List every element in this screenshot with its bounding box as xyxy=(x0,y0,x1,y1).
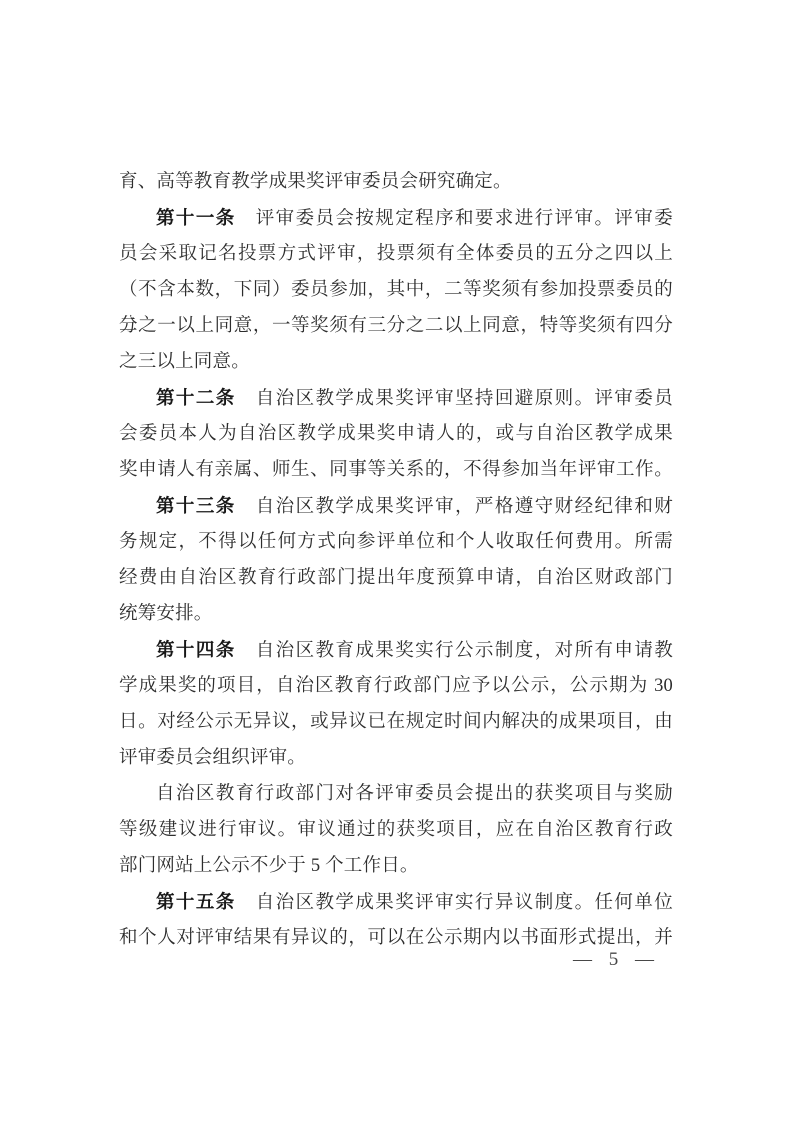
text-line: 分之一以上同意，一等奖须有三分之二以上同意，特等奖须有四分 xyxy=(119,308,673,344)
line-text: 统筹安排。 xyxy=(119,604,213,624)
text-line: 第十五条自治区教学成果奖评审实行异议制度。任何单位 xyxy=(119,884,673,920)
article-number: 第十二条 xyxy=(156,387,236,408)
text-line: 学成果奖的项目，自治区教育行政部门应予以公示，公示期为 30 xyxy=(119,668,673,704)
text-line: 奖申请人有亲属、师生、同事等关系的，不得参加当年评审工作。 xyxy=(119,452,673,488)
line-text: 员会采取记名投票方式评审，投票须有全体委员的五分之四以上 xyxy=(119,244,673,264)
text-line: 统筹安排。 xyxy=(119,596,673,632)
line-text: 学成果奖的项目，自治区教育行政部门应予以公示，公示期为 30 xyxy=(119,676,673,696)
line-text: 等级建议进行审议。审议通过的获奖项目，应在自治区教育行政 xyxy=(119,820,673,840)
text-line: 会委员本人为自治区教学成果奖申请人的，或与自治区教学成果 xyxy=(119,416,673,452)
line-text: 评审委员会按规定程序和要求进行评审。评审委 xyxy=(256,209,673,229)
line-text: 会委员本人为自治区教学成果奖申请人的，或与自治区教学成果 xyxy=(119,424,673,444)
document-body: 育、高等教育教学成果奖评审委员会研究确定。第十一条评审委员会按规定程序和要求进行… xyxy=(119,164,673,956)
text-line: 经费由自治区教育行政部门提出年度预算申请，自治区财政部门 xyxy=(119,560,673,596)
line-text: 育、高等教育教学成果奖评审委员会研究确定。 xyxy=(119,172,512,192)
line-text: 和个人对评审结果有异议的，可以在公示期内以书面形式提出，并 xyxy=(119,928,673,948)
line-text: 分之一以上同意，一等奖须有三分之二以上同意，特等奖须有四分 xyxy=(119,316,673,336)
text-line: 员会采取记名投票方式评审，投票须有全体委员的五分之四以上 xyxy=(119,236,673,272)
text-line: 之三以上同意。 xyxy=(119,344,673,380)
article-number: 第十一条 xyxy=(156,207,236,228)
line-text: 奖申请人有亲属、师生、同事等关系的，不得参加当年评审工作。 xyxy=(119,460,673,480)
text-line: 自治区教育行政部门对各评审委员会提出的获奖项目与奖励 xyxy=(119,776,673,812)
article-number: 第十三条 xyxy=(156,495,236,516)
article-number: 第十五条 xyxy=(156,891,236,912)
text-line: （不含本数，下同）委员参加，其中，二等奖须有参加投票委员的二 xyxy=(119,272,673,308)
text-line: 第十一条评审委员会按规定程序和要求进行评审。评审委 xyxy=(119,200,673,236)
text-line: 第十三条自治区教学成果奖评审，严格遵守财经纪律和财 xyxy=(119,488,673,524)
line-text: 日。对经公示无异议，或异议已在规定时间内解决的成果项目，由 xyxy=(119,712,673,732)
line-text: 经费由自治区教育行政部门提出年度预算申请，自治区财政部门 xyxy=(119,568,673,588)
text-line: 等级建议进行审议。审议通过的获奖项目，应在自治区教育行政 xyxy=(119,812,673,848)
text-line: 第十二条自治区教学成果奖评审坚持回避原则。评审委员 xyxy=(119,380,673,416)
document-page: 育、高等教育教学成果奖评审委员会研究确定。第十一条评审委员会按规定程序和要求进行… xyxy=(0,0,793,1122)
line-text: 自治区教育行政部门对各评审委员会提出的获奖项目与奖励 xyxy=(156,784,673,804)
text-line: 育、高等教育教学成果奖评审委员会研究确定。 xyxy=(119,164,673,200)
line-text: 务规定，不得以任何方式向参评单位和个人收取任何费用。所需 xyxy=(119,532,673,552)
article-number: 第十四条 xyxy=(156,639,236,660)
line-text: 之三以上同意。 xyxy=(119,352,250,372)
text-line: 务规定，不得以任何方式向参评单位和个人收取任何费用。所需 xyxy=(119,524,673,560)
line-text: 自治区教学成果奖评审，严格遵守财经纪律和财 xyxy=(256,497,673,517)
page-number-text: — 5 — xyxy=(573,949,655,970)
line-text: 评审委员会组织评审。 xyxy=(119,748,306,768)
line-text: 自治区教育成果奖实行公示制度，对所有申请教 xyxy=(256,641,673,661)
text-line: 评审委员会组织评审。 xyxy=(119,740,673,776)
line-text: 自治区教学成果奖评审实行异议制度。任何单位 xyxy=(256,893,673,913)
text-line: 部门网站上公示不少于 5 个工作日。 xyxy=(119,848,673,884)
text-line: 第十四条自治区教育成果奖实行公示制度，对所有申请教 xyxy=(119,632,673,668)
text-line: 日。对经公示无异议，或异议已在规定时间内解决的成果项目，由 xyxy=(119,704,673,740)
line-text: 部门网站上公示不少于 5 个工作日。 xyxy=(119,856,419,876)
line-text: 自治区教学成果奖评审坚持回避原则。评审委员 xyxy=(256,389,673,409)
page-number: — 5 — xyxy=(573,948,655,972)
